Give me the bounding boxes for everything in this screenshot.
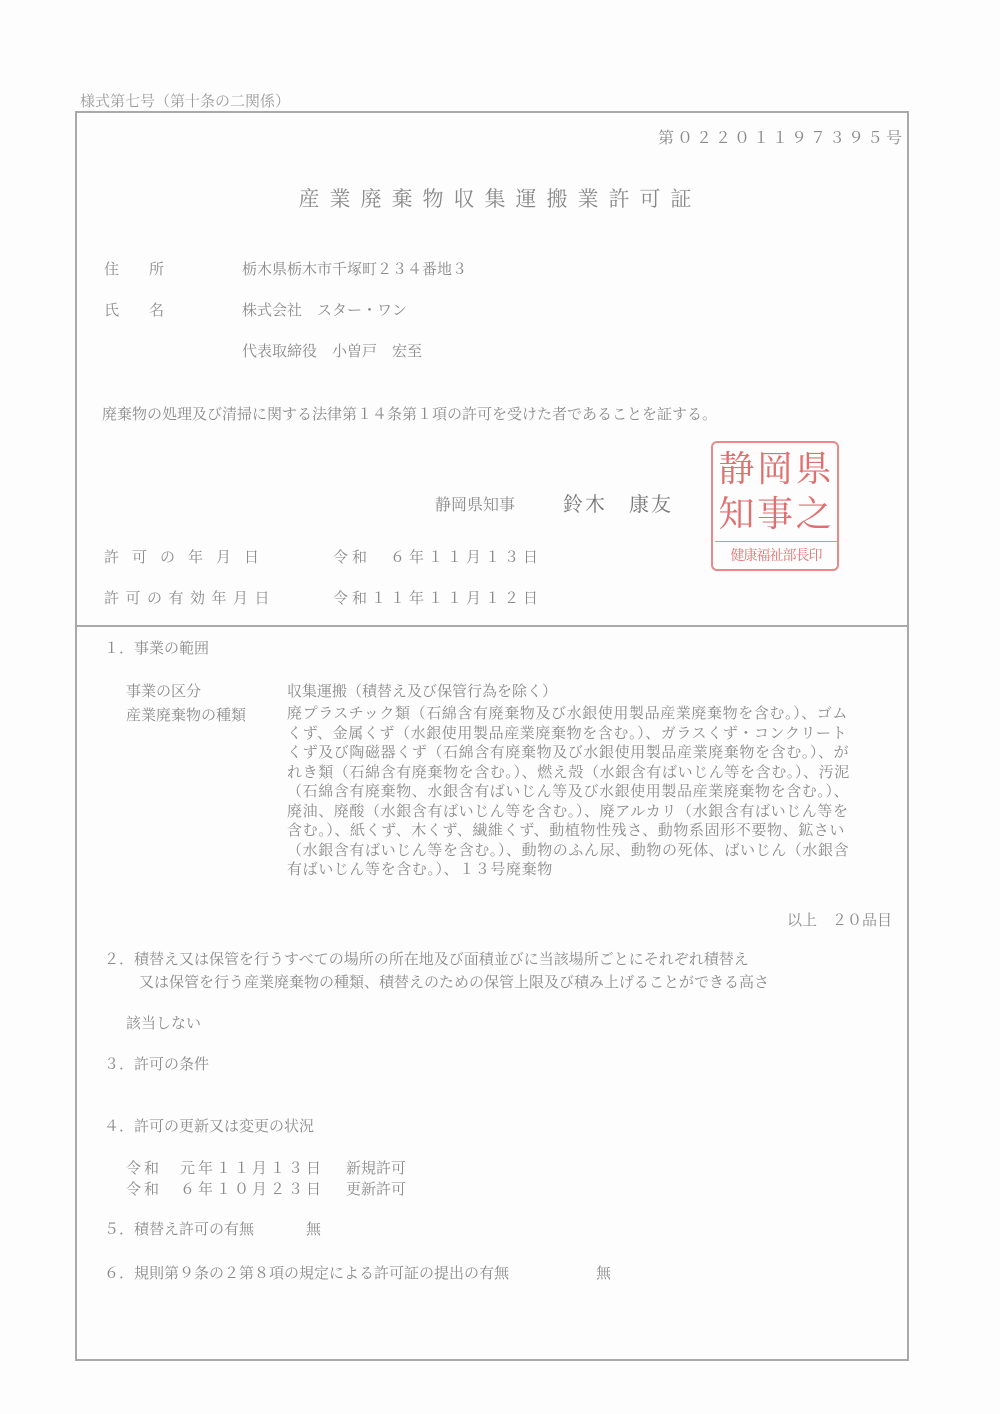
seal-footer: 健康福祉部長印 bbox=[715, 541, 837, 565]
seal-char: 岡 bbox=[756, 447, 795, 492]
expiry-date-label: 許可の有効年月日 bbox=[104, 587, 276, 608]
name-label: 氏名 bbox=[104, 299, 194, 320]
section-5-heading: ５．積替え許可の有無 bbox=[104, 1218, 254, 1239]
section-1-heading: １．事業の範囲 bbox=[104, 637, 209, 658]
representative-name: 代表取締役 小曽戸 宏至 bbox=[242, 340, 422, 361]
history-action: 新規許可 bbox=[346, 1157, 406, 1178]
section-6-value: 無 bbox=[596, 1262, 611, 1283]
seal-characters: 静 岡 県 知 事 之 bbox=[717, 447, 833, 537]
issuer-title: 静岡県知事 bbox=[435, 492, 515, 515]
company-name: 株式会社 スター・ワン bbox=[242, 299, 407, 320]
address-label: 住所 bbox=[104, 258, 194, 279]
section-divider bbox=[75, 625, 909, 627]
business-type-value: 収集運搬（積替え及び保管行為を除く） bbox=[287, 680, 557, 701]
expiry-date-value: 令和１１年１１月１２日 bbox=[333, 587, 542, 608]
certification-statement: 廃棄物の処理及び清掃に関する法律第１４条第１項の許可を受けた者であることを証する… bbox=[102, 403, 717, 424]
permit-date-label: 許可の年月日 bbox=[104, 546, 272, 567]
form-reference: 様式第七号（第十条の二関係） bbox=[80, 90, 290, 111]
section-4-heading: ４．許可の更新又は変更の状況 bbox=[104, 1115, 314, 1136]
history-date: 令和 ６年１０月２３日 bbox=[126, 1178, 324, 1199]
history-action: 更新許可 bbox=[346, 1178, 406, 1199]
section-5-value: 無 bbox=[306, 1218, 321, 1239]
seal-char: 之 bbox=[794, 492, 833, 537]
permit-date-value: 令和 ６年１１月１３日 bbox=[333, 546, 542, 567]
section-2-heading-line-1: ２．積替え又は保管を行うすべての場所の所在地及び面積並びに当該場所ごとにそれぞれ… bbox=[104, 948, 749, 969]
address-value: 栃木県栃木市千塚町２３４番地３ bbox=[242, 258, 467, 279]
seal-char: 県 bbox=[794, 447, 833, 492]
official-seal-stamp: 静 岡 県 知 事 之 健康福祉部長印 bbox=[711, 441, 839, 571]
history-date: 令和 元年１１月１３日 bbox=[126, 1157, 324, 1178]
business-type-label: 事業の区分 bbox=[126, 680, 201, 701]
section-6-heading: ６．規則第９条の２第８項の規定による許可証の提出の有無 bbox=[104, 1262, 509, 1283]
waste-types-label: 産業廃棄物の種類 bbox=[126, 704, 246, 725]
waste-types-list: 廃プラスチック類（石綿含有廃棄物及び水銀使用製品産業廃棄物を含む。）、ゴムくず、… bbox=[287, 704, 859, 880]
issuer-name: 鈴木 康友 bbox=[563, 488, 673, 517]
seal-char: 静 bbox=[717, 447, 756, 492]
permit-number: 第０２２０１１９７３９５号 bbox=[658, 125, 905, 148]
waste-types-total: 以上 ２０品目 bbox=[787, 909, 892, 930]
seal-char: 知 bbox=[717, 492, 756, 537]
section-2-heading-line-2: 又は保管を行う産業廃棄物の種類、積替えのための保管上限及び積み上げることができる… bbox=[139, 971, 769, 992]
section-3-heading: ３．許可の条件 bbox=[104, 1053, 209, 1074]
seal-char: 事 bbox=[756, 492, 795, 537]
document-title: 産業廃棄物収集運搬業許可証 bbox=[0, 183, 1000, 213]
section-2-value: 該当しない bbox=[126, 1012, 201, 1033]
